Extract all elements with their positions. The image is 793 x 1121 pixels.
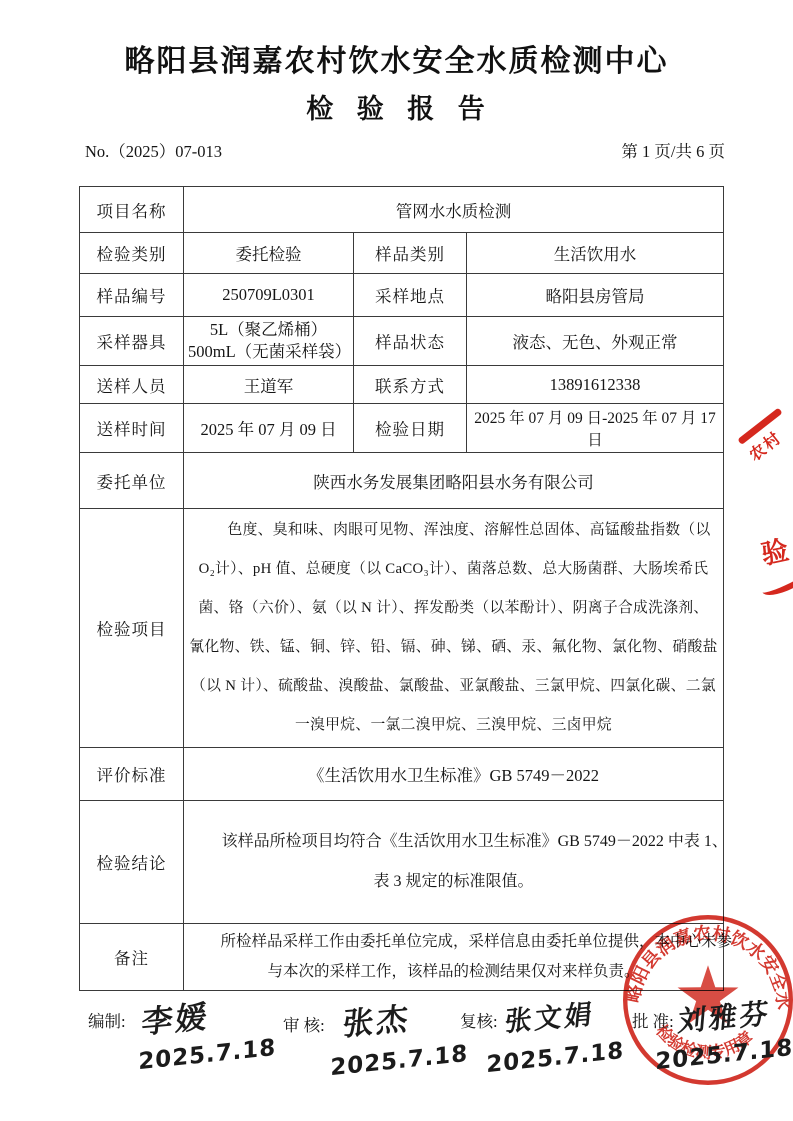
reviewed-by-date: 2025.7.18	[330, 1041, 468, 1082]
row-dates: 送样时间 2025 年 07 月 09 日 检验日期 2025 年 07 月 0…	[80, 404, 724, 453]
items-line: （以 N 计）、硫酸盐、溴酸盐、氯酸盐、亚氯酸盐、三氯甲烷、四氯化碳、二氯	[188, 667, 719, 706]
test-date-label: 检验日期	[354, 404, 467, 453]
edge-stamp-fragment-2: 验	[757, 523, 793, 593]
inspection-type-label: 检验类别	[80, 233, 184, 274]
prepared-by-signature: 李媛	[140, 991, 212, 1042]
sample-state-value: 液态、无色、外观正常	[467, 317, 724, 366]
standard-label: 评价标准	[80, 748, 184, 801]
rechecked-by-signature: 张文娟	[503, 992, 596, 1039]
prepared-by-date: 2025.7.18	[138, 1035, 276, 1076]
row-client: 委托单位 陕西水务发展集团略阳县水务有限公司	[80, 453, 724, 509]
project-name-value: 管网水水质检测	[184, 187, 724, 233]
items-line: O₂计）、pH 值、总硬度（以 CaCO₃计）、菌落总数、总大肠菌群、大肠埃希氏	[188, 550, 719, 589]
items-label: 检验项目	[80, 509, 184, 748]
reviewed-by-label: 审 核:	[283, 1012, 325, 1036]
send-date-label: 送样时间	[80, 404, 184, 453]
sample-no-label: 样品编号	[80, 274, 184, 317]
test-date-value: 2025 年 07 月 09 日-2025 年 07 月 17 日	[467, 404, 724, 453]
report-number: No.（2025）07-013	[85, 138, 222, 162]
client-value: 陕西水务发展集团略阳县水务有限公司	[184, 453, 724, 509]
approved-by-signature: 刘雅芬	[676, 992, 772, 1041]
row-sample-no: 样品编号 250709L0301 采样地点 略阳县房管局	[80, 274, 724, 317]
conclusion-line: 该样品所检项目均符合《生活饮用水卫生标准》GB 5749－2022 中表 1、	[188, 822, 719, 862]
rechecked-by-label: 复核:	[460, 1008, 498, 1032]
row-sampling-tools: 采样器具 5L（聚乙烯桶） 500mL（无菌采样袋） 样品状态 液态、无色、外观…	[80, 317, 724, 366]
sampling-tools-label: 采样器具	[80, 317, 184, 366]
items-line: 氰化物、铁、锰、铜、锌、铅、镉、砷、锑、硒、汞、氟化物、氯化物、硝酸盐	[188, 628, 719, 667]
sample-sender-value: 王道军	[184, 366, 354, 404]
items-line: 菌、铬（六价）、氨（以 N 计）、挥发酚类（以苯酚计）、阴离子合成洗涤剂、	[188, 589, 719, 628]
approved-by-label: 批 准:	[632, 1008, 674, 1032]
send-date-value: 2025 年 07 月 09 日	[184, 404, 354, 453]
inspection-type-value: 委托检验	[184, 233, 354, 274]
items-value: 色度、臭和味、肉眼可见物、浑浊度、溶解性总固体、高锰酸盐指数（以 O₂计）、pH…	[184, 509, 724, 748]
report-subtitle: 检 验 报 告	[0, 87, 793, 126]
row-project-name: 项目名称 管网水水质检测	[80, 187, 724, 233]
sampling-tools-line2: 500mL（无菌采样袋）	[188, 341, 349, 363]
contact-label: 联系方式	[354, 366, 467, 404]
client-label: 委托单位	[80, 453, 184, 509]
report-meta-row: No.（2025）07-013 第 1 页/共 6 页	[85, 138, 725, 162]
conclusion-label: 检验结论	[80, 801, 184, 924]
report-title: 略阳县润嘉农村饮水安全水质检测中心	[0, 36, 793, 80]
sample-state-label: 样品状态	[354, 317, 467, 366]
prepared-by-label: 编制:	[88, 1008, 126, 1032]
rechecked-by-date: 2025.7.18	[486, 1038, 624, 1079]
page-indicator: 第 1 页/共 6 页	[621, 138, 725, 162]
reviewed-by-signature: 张杰	[341, 993, 413, 1044]
report-page: 略阳县润嘉农村饮水安全水质检测中心 检 验 报 告 No.（2025）07-01…	[0, 0, 793, 1121]
sample-type-value: 生活饮用水	[467, 233, 724, 274]
report-info-table: 项目名称 管网水水质检测 检验类别 委托检验 样品类别 生活饮用水 样品编号 2…	[79, 186, 724, 991]
remark-label: 备注	[80, 924, 184, 991]
sampling-tools-line1: 5L（聚乙烯桶）	[188, 319, 349, 341]
sampling-tools-value: 5L（聚乙烯桶） 500mL（无菌采样袋）	[184, 317, 354, 366]
sample-sender-label: 送样人员	[80, 366, 184, 404]
conclusion-value: 该样品所检项目均符合《生活饮用水卫生标准》GB 5749－2022 中表 1、 …	[184, 801, 724, 924]
row-items: 检验项目 色度、臭和味、肉眼可见物、浑浊度、溶解性总固体、高锰酸盐指数（以 O₂…	[80, 509, 724, 748]
items-line: 一溴甲烷、一氯二溴甲烷、三溴甲烷、三卤甲烷	[188, 706, 719, 745]
edge-stamp-text-2: 验	[759, 535, 792, 570]
sampling-site-value: 略阳县房管局	[467, 274, 724, 317]
contact-value: 13891612338	[467, 366, 724, 404]
sampling-site-label: 采样地点	[354, 274, 467, 317]
project-name-label: 项目名称	[80, 187, 184, 233]
sample-no-value: 250709L0301	[184, 274, 354, 317]
edge-stamp-fragment-1: 农村	[737, 407, 793, 465]
items-line: 色度、臭和味、肉眼可见物、浑浊度、溶解性总固体、高锰酸盐指数（以	[188, 511, 719, 550]
row-standard: 评价标准 《生活饮用水卫生标准》GB 5749－2022	[80, 748, 724, 801]
standard-value: 《生活饮用水卫生标准》GB 5749－2022	[184, 748, 724, 801]
sample-type-label: 样品类别	[354, 233, 467, 274]
row-sample-sender: 送样人员 王道军 联系方式 13891612338	[80, 366, 724, 404]
row-conclusion: 检验结论 该样品所检项目均符合《生活饮用水卫生标准》GB 5749－2022 中…	[80, 801, 724, 924]
row-inspection-type: 检验类别 委托检验 样品类别 生活饮用水	[80, 233, 724, 274]
conclusion-line: 表 3 规定的标准限值。	[188, 862, 719, 902]
